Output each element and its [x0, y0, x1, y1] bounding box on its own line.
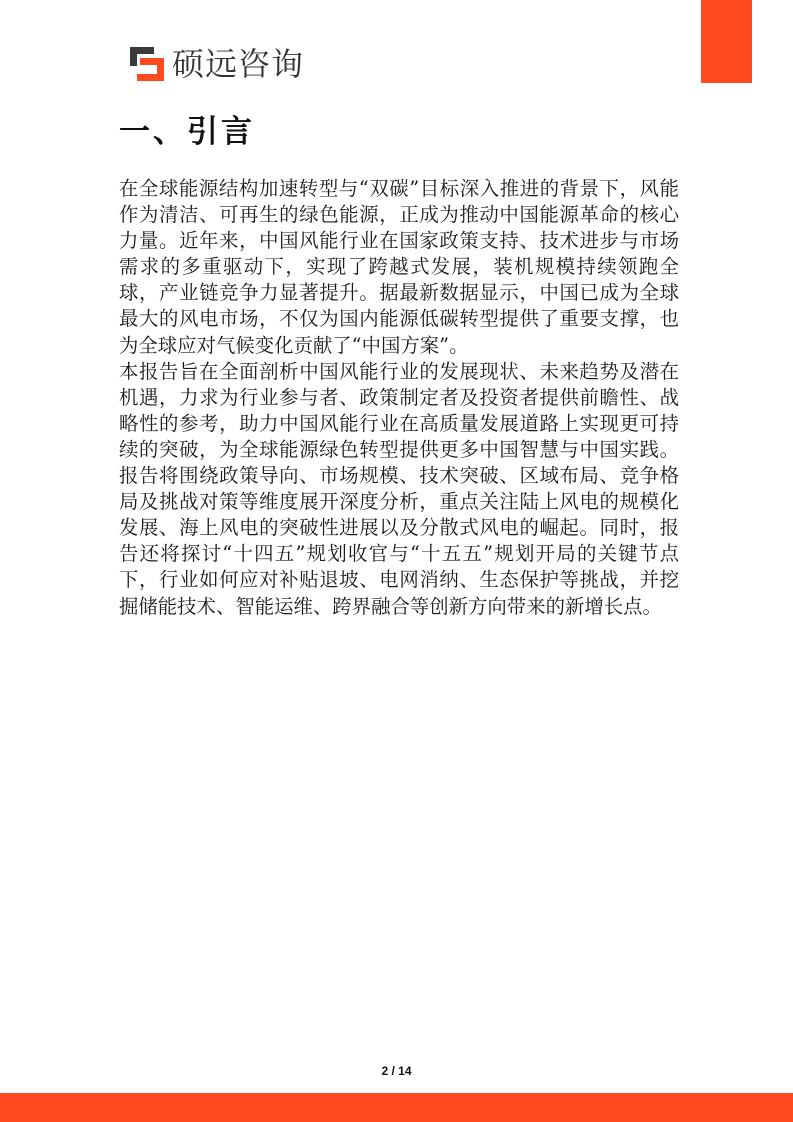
- brand-logo: 硕远咨询: [128, 44, 304, 84]
- corner-accent-tab: [701, 0, 752, 83]
- paragraph: 在全球能源结构加速转型与“双碳”目标深入推进的背景下，风能作为清洁、可再生的绿色…: [119, 176, 679, 359]
- section-title: 一、引言: [119, 108, 255, 156]
- footer-accent-bar: [0, 1093, 793, 1122]
- page-number: 2 / 14: [0, 1064, 793, 1078]
- paragraph: 本报告旨在全面剖析中国风能行业的发展现状、未来趋势及潜在机遇，力求为行业参与者、…: [119, 359, 679, 620]
- introduction-body: 在全球能源结构加速转型与“双碳”目标深入推进的背景下，风能作为清洁、可再生的绿色…: [119, 176, 679, 620]
- brand-logo-mark-icon: [128, 46, 166, 82]
- brand-name: 硕远咨询: [172, 44, 304, 84]
